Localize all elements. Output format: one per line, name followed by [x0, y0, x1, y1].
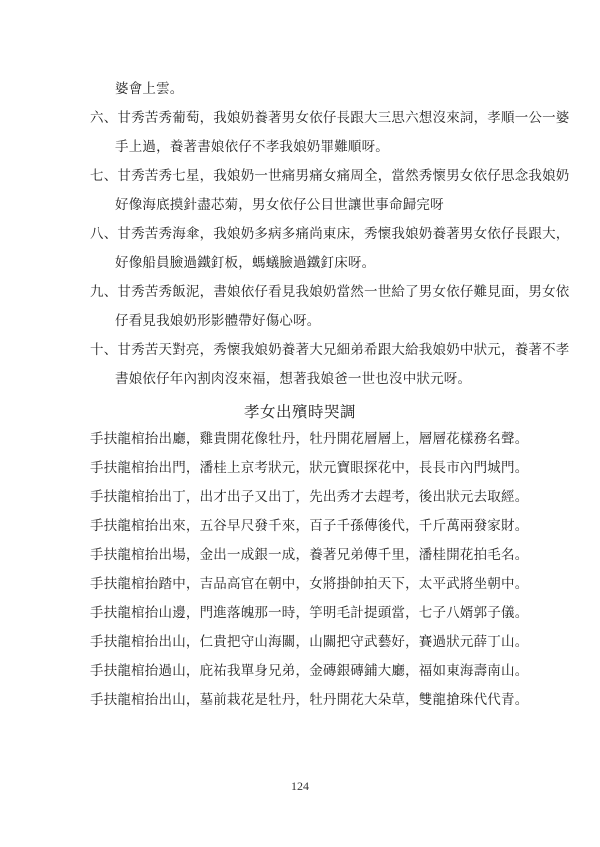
- song-line: 手扶龍棺抬出廳，雞貴開花像牡丹，牡丹開花層層上，層層花樣務名聲。: [90, 425, 530, 454]
- section-title: 孝女出殯時哭調: [0, 401, 600, 423]
- verse-line: 仔看見我娘奶形影體帶好傷心呀。: [90, 307, 530, 336]
- verse-8: 八、甘秀苦秀海傘，我娘奶多病多痛尚東床，秀懷我娘奶養著男女依仔長跟大， 好像船員…: [90, 220, 530, 278]
- song-line: 手扶龍棺抬山邊，門進落魄那一時，竽明毛計提頭當，七子八婿郭子儀。: [90, 599, 530, 628]
- verse-line: 六、甘秀苦秀葡萄，我娘奶養著男女依仔長跟大三思六想沒來詞，孝順一公一婆: [90, 104, 530, 133]
- verse-text: 甘秀苦秀海傘，我娘奶多病多痛尚東床，秀懷我娘奶養著男女依仔長跟大，: [117, 226, 569, 242]
- verse-line: 書娘依仔年內割肉沒來福，想著我娘爸一世也沒中狀元呀。: [90, 365, 530, 394]
- song-line: 手扶龍棺抬過山，庇祐我單身兄弟，金磚銀磚鋪大廳，福如東海壽南山。: [90, 657, 530, 686]
- verse-text: 甘秀苦天對亮，秀懷我娘奶養著大兄細弟希跟大給我娘奶中狀元，養著不孝: [117, 342, 569, 358]
- song-section: 手扶龍棺抬出廳，雞貴開花像牡丹，牡丹開花層層上，層層花樣務名聲。 手扶龍棺抬出門…: [90, 425, 530, 715]
- document-page: 婆會上雲。 六、甘秀苦秀葡萄，我娘奶養著男女依仔長跟大三思六想沒來詞，孝順一公一…: [0, 0, 600, 847]
- verse-line: 八、甘秀苦秀海傘，我娘奶多病多痛尚東床，秀懷我娘奶養著男女依仔長跟大，: [90, 220, 530, 249]
- verse-section: 婆會上雲。 六、甘秀苦秀葡萄，我娘奶養著男女依仔長跟大三思六想沒來詞，孝順一公一…: [90, 75, 530, 394]
- song-line: 手扶龍棺抬出場，金出一成銀一成，養著兄弟傳千里，潘桂開花拍毛名。: [90, 541, 530, 570]
- verse-text: 甘秀苦秀飯泥，書娘依仔看見我娘奶當然一世給了男女依仔難見面，男女依: [117, 284, 569, 300]
- verse-text: 甘秀苦秀七星，我娘奶一世痛男痛女痛周全，當然秀懷男女依仔思念我娘奶: [117, 168, 569, 184]
- verse-6: 六、甘秀苦秀葡萄，我娘奶養著男女依仔長跟大三思六想沒來詞，孝順一公一婆 手上過，…: [90, 104, 530, 162]
- verse-line: 好像海底摸針盡芯菊，男女依仔公目世讓世事命歸完呀: [90, 191, 530, 220]
- verse-7: 七、甘秀苦秀七星，我娘奶一世痛男痛女痛周全，當然秀懷男女依仔思念我娘奶 好像海底…: [90, 162, 530, 220]
- verse-9: 九、甘秀苦秀飯泥，書娘依仔看見我娘奶當然一世給了男女依仔難見面，男女依 仔看見我…: [90, 278, 530, 336]
- verse-line: 好像船員臉過鐵釘板，螞蟻臉過鐵釘床呀。: [90, 249, 530, 278]
- song-line: 手扶龍棺抬出丁，出才出子又出丁，先出秀才去趕考，後出狀元去取經。: [90, 483, 530, 512]
- song-line: 手扶龍棺抬出山，墓前栽花是牡丹，牡丹開花大朵草，雙龍搶珠代代青。: [90, 686, 530, 715]
- song-line: 手扶龍棺抬出來，五谷早尺發千來，百子千孫傳後代，千斤萬兩發家財。: [90, 512, 530, 541]
- page-number: 124: [0, 779, 600, 794]
- verse-line: 手上過，養著書娘依仔不孝我娘奶罪難順呀。: [90, 133, 530, 162]
- song-line: 手扶龍棺抬踏中，吉品高官在朝中，女將掛帥拍天下，太平武將坐朝中。: [90, 570, 530, 599]
- verse-line: 十、甘秀苦天對亮，秀懷我娘奶養著大兄細弟希跟大給我娘奶中狀元，養著不孝: [90, 336, 530, 365]
- song-line: 手扶龍棺抬出門，潘桂上京考狀元，狀元寶眼探花中，長長市內門城門。: [90, 454, 530, 483]
- verse-10: 十、甘秀苦天對亮，秀懷我娘奶養著大兄細弟希跟大給我娘奶中狀元，養著不孝 書娘依仔…: [90, 336, 530, 394]
- verse-continuation: 婆會上雲。: [90, 75, 530, 104]
- verse-number: 八、: [90, 220, 117, 249]
- verse-line: 七、甘秀苦秀七星，我娘奶一世痛男痛女痛周全，當然秀懷男女依仔思念我娘奶: [90, 162, 530, 191]
- verse-number: 七、: [90, 162, 117, 191]
- verse-text: 甘秀苦秀葡萄，我娘奶養著男女依仔長跟大三思六想沒來詞，孝順一公一婆: [117, 110, 569, 126]
- song-line: 手扶龍棺抬出山，仁貴把守山海關，山關把守武藝好，賽過狀元薛丁山。: [90, 628, 530, 657]
- verse-number: 十、: [90, 336, 117, 365]
- verse-number: 九、: [90, 278, 117, 307]
- verse-number: 六、: [90, 104, 117, 133]
- verse-line: 九、甘秀苦秀飯泥，書娘依仔看見我娘奶當然一世給了男女依仔難見面，男女依: [90, 278, 530, 307]
